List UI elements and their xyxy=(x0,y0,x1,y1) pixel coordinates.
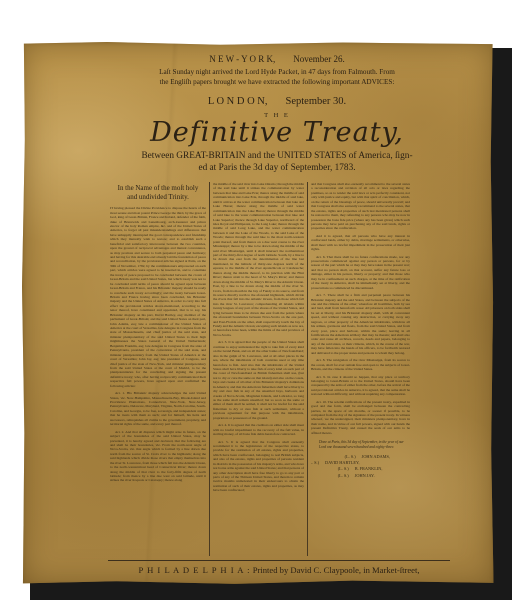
treaty-column-3: and that Congress shall also earnestly r… xyxy=(311,182,410,556)
article-5-addendum-paragraph: And it is agreed, that all persons who h… xyxy=(311,234,410,252)
invocation-line1: In the Name of the moſt holy xyxy=(110,184,206,193)
treaty-subtitle: Between GREAT-BRITAIN and the UNITED STA… xyxy=(102,151,452,175)
newyork-dateline: N E W - Y O R K, November 26. xyxy=(102,54,452,64)
invocation-heading: In the Name of the moſt holy and undivid… xyxy=(110,184,206,202)
seal-label: (L. S.) xyxy=(338,473,349,479)
article-4-paragraph: Art. 4. It is agreed that the creditors … xyxy=(213,423,304,436)
article-5-paragraph: Art. 5. It is agreed that the Congress s… xyxy=(213,440,304,493)
treaty-column-2: the middle of the said river into Lake O… xyxy=(213,182,304,556)
article-6-paragraph: Art. 6. That there shall be no future co… xyxy=(311,255,410,291)
article-8-paragraph: Art. 8. The navigation of the river Miss… xyxy=(311,358,410,371)
article-3-paragraph: Art. 3. It is agreed that the people of … xyxy=(213,340,304,420)
article-2-continued-paragraph: the middle of the said river into Lake O… xyxy=(213,182,304,337)
packet-notice-line2: the Engliſh papers brought we have extra… xyxy=(102,78,452,88)
footer-rule xyxy=(108,560,450,561)
packet-notice: Laſt Sunday night arrived the Lord Hyde … xyxy=(102,68,452,87)
article-1-paragraph: Art. 1. His Britannic majesty acknowledg… xyxy=(110,391,206,427)
london-dateline-city: L O N D O N, xyxy=(208,96,268,107)
imprint-city: P H I L A D E L P H I A : xyxy=(138,565,250,575)
page-background: N E W - Y O R K, November 26. Laſt Sunda… xyxy=(0,0,519,616)
signer-name: JOHN JAY. xyxy=(355,473,375,479)
signer-name: JOHN ADAMS, xyxy=(362,454,390,460)
london-dateline: L O N D O N, September 30. xyxy=(102,96,452,107)
london-dateline-date: September 30. xyxy=(286,96,347,107)
treaty-title: Definitive Treaty, xyxy=(102,117,452,148)
article-5-continued-paragraph: and that Congress shall also earnestly r… xyxy=(311,182,410,231)
done-at-paris: Done at Paris, this 3d day of September,… xyxy=(319,440,408,449)
treaty-column-1: In the Name of the moſt holy and undivid… xyxy=(110,182,206,556)
treaty-subtitle-line2: ed at Paris the 3d day of September, 178… xyxy=(102,163,452,175)
column-rule-2 xyxy=(307,182,308,556)
article-9-paragraph: Art. 9. In case it should so happen, tha… xyxy=(311,375,410,397)
invocation-line2: and undivided Trinity. xyxy=(110,193,206,202)
imprint-line: P H I L A D E L P H I A : Printed by Dav… xyxy=(108,565,450,575)
packet-notice-line1: Laſt Sunday night arrived the Lord Hyde … xyxy=(102,68,452,78)
seal-label: (L. S.) xyxy=(311,460,319,466)
signature-row: (L. S.) JOHN JAY. xyxy=(311,473,410,479)
column-rule-1 xyxy=(209,182,210,556)
treaty-columns: In the Name of the moſt holy and undivid… xyxy=(110,182,412,556)
treaty-subtitle-line1: Between GREAT-BRITAIN and the UNITED STA… xyxy=(102,151,452,163)
preamble-paragraph: IT having pleased the Divine Providence … xyxy=(110,206,206,388)
article-2-paragraph: Art. 2. And that all disputes which migh… xyxy=(110,430,206,483)
article-7-paragraph: Art. 7. There shall be a firm and perpet… xyxy=(311,293,410,355)
signature-block: (L. S.) JOHN ADAMS, (L. S.) DAVID HARTLE… xyxy=(311,454,410,480)
imprint-text: Printed by David C. Claypoole, in Market… xyxy=(253,565,420,575)
treaty-broadside: N E W - Y O R K, November 26. Laſt Sunda… xyxy=(22,42,494,585)
dateline-date: November 26. xyxy=(293,54,345,64)
article-10-paragraph: Art. 10. The solemn ratifications of the… xyxy=(311,400,410,436)
dateline-city: N E W - Y O R K, xyxy=(209,54,275,64)
